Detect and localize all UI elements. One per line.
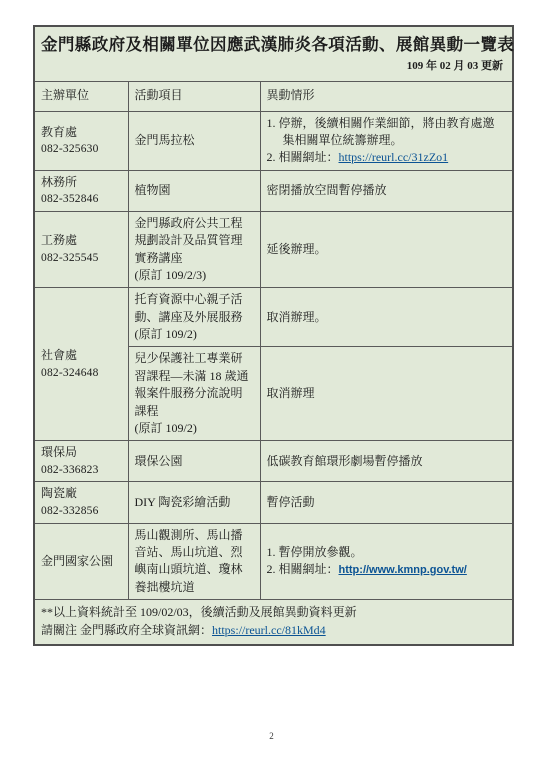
table-title-cell: 金門縣政府及相關單位因應武漢肺炎各項活動、展館異動一覽表 109 年 02 月 … (34, 26, 513, 81)
status-item: 2. 相關網址：https://reurl.cc/31zZo1 (267, 149, 507, 166)
org-cell: 林務所 082-352846 (34, 170, 128, 211)
page-title: 金門縣政府及相關單位因應武漢肺炎各項活動、展館異動一覽表 (41, 33, 506, 57)
header-organizer: 主辦單位 (34, 81, 128, 111)
kmnp-website-link[interactable]: http://www.kmnp.gov.tw/ (339, 564, 467, 576)
status-cell: 1. 停辦，後續相關作業細節，將由教育處邀集相關單位統籌辦理。 2. 相關網址：… (260, 111, 513, 170)
org-cell: 金門國家公園 (34, 523, 128, 600)
status-cell: 密閉播放空間暫停播放 (260, 170, 513, 211)
table-row: **以上資料統計至 109/02/03，後續活動及展館異動資料更新 請關注 金門… (34, 600, 513, 645)
status-item: 2. 相關網址：http://www.kmnp.gov.tw/ (267, 561, 507, 579)
footer-note-cell: **以上資料統計至 109/02/03，後續活動及展館異動資料更新 請關注 金門… (34, 600, 513, 645)
org-phone: 082-332856 (41, 503, 122, 520)
activity-cell: 馬山觀測所、馬山播音站、馬山坑道、烈嶼南山頭坑道、瓊林養拙樓坑道 (128, 523, 260, 600)
activity-cell: 金門馬拉松 (128, 111, 260, 170)
org-name: 環保局 (41, 444, 122, 461)
footer-link-prefix: 請關注 金門縣政府全球資訊網： (41, 623, 212, 637)
status-cell: 低碳教育館環形劇場暫停播放 (260, 441, 513, 482)
org-cell: 工務處 082-325545 (34, 211, 128, 288)
org-name: 金門國家公園 (41, 553, 122, 570)
status-cell: 延後辦理。 (260, 211, 513, 288)
status-cell: 取消辦理。 (260, 288, 513, 347)
org-cell: 教育處 082-325630 (34, 111, 128, 170)
org-phone: 082-336823 (41, 462, 122, 479)
header-activity: 活動項目 (128, 81, 260, 111)
org-name: 社會處 (41, 347, 122, 364)
activity-original-date: (原訂 109/2) (135, 326, 254, 343)
table-row: 工務處 082-325545 金門縣政府公共工程規劃設計及品質管理實務講座 (原… (34, 211, 513, 288)
org-phone: 082-324648 (41, 365, 122, 382)
activity-title: 金門縣政府公共工程規劃設計及品質管理實務講座 (135, 216, 243, 265)
status-item: 1. 停辦，後續相關作業細節，將由教育處邀集相關單位統籌辦理。 (267, 115, 507, 150)
activity-original-date: (原訂 109/2/3) (135, 267, 254, 284)
org-phone: 082-352846 (41, 191, 122, 208)
status-cell: 取消辦理 (260, 347, 513, 441)
org-name: 教育處 (41, 124, 122, 141)
activity-cell: 托育資源中心親子活動、講座及外展服務 (原訂 109/2) (128, 288, 260, 347)
status-link-prefix: 2. 相關網址： (267, 150, 339, 164)
footer-note-line2: 請關注 金門縣政府全球資訊網：https://reurl.cc/81kMd4 (41, 622, 506, 639)
activity-cell: 兒少保護社工專業研習課程—未滿 18 歲通報案件服務分流說明課程 (原訂 109… (128, 347, 260, 441)
org-phone: 082-325545 (41, 250, 122, 267)
status-cell: 暫停活動 (260, 482, 513, 523)
updated-date: 109 年 02 月 03 更新 (41, 57, 506, 75)
document-page: 金門縣政府及相關單位因應武漢肺炎各項活動、展館異動一覽表 109 年 02 月 … (0, 0, 543, 768)
table-row: 金門國家公園 馬山觀測所、馬山播音站、馬山坑道、烈嶼南山頭坑道、瓊林養拙樓坑道 … (34, 523, 513, 600)
org-cell: 社會處 082-324648 (34, 288, 128, 441)
org-phone: 082-325630 (41, 141, 122, 158)
table-row: 教育處 082-325630 金門馬拉松 1. 停辦，後續相關作業細節，將由教育… (34, 111, 513, 170)
activity-title: 托育資源中心親子活動、講座及外展服務 (135, 292, 243, 323)
org-cell: 環保局 082-336823 (34, 441, 128, 482)
org-cell: 陶瓷廠 082-332856 (34, 482, 128, 523)
activity-original-date: (原訂 109/2) (135, 420, 254, 437)
activity-changes-table: 金門縣政府及相關單位因應武漢肺炎各項活動、展館異動一覽表 109 年 02 月 … (33, 25, 514, 646)
org-name: 陶瓷廠 (41, 485, 122, 502)
activity-cell: DIY 陶瓷彩繪活動 (128, 482, 260, 523)
status-cell: 1. 暫停開放參觀。 2. 相關網址：http://www.kmnp.gov.t… (260, 523, 513, 600)
org-name: 工務處 (41, 232, 122, 249)
activity-cell: 金門縣政府公共工程規劃設計及品質管理實務講座 (原訂 109/2/3) (128, 211, 260, 288)
table-row: 林務所 082-352846 植物園 密閉播放空間暫停播放 (34, 170, 513, 211)
activity-title: 兒少保護社工專業研習課程—未滿 18 歲通報案件服務分流說明課程 (135, 351, 249, 417)
reurl-county-website-link[interactable]: https://reurl.cc/81kMd4 (212, 623, 326, 637)
table-row: 陶瓷廠 082-332856 DIY 陶瓷彩繪活動 暫停活動 (34, 482, 513, 523)
header-change-status: 異動情形 (260, 81, 513, 111)
page-number: 2 (0, 731, 543, 741)
status-item: 1. 暫停開放參觀。 (267, 544, 507, 561)
status-link-prefix: 2. 相關網址： (267, 562, 339, 576)
table-row: 社會處 082-324648 托育資源中心親子活動、講座及外展服務 (原訂 10… (34, 288, 513, 347)
table-row: 環保局 082-336823 環保公園 低碳教育館環形劇場暫停播放 (34, 441, 513, 482)
activity-cell: 植物園 (128, 170, 260, 211)
org-name: 林務所 (41, 174, 122, 191)
footer-note-line1: **以上資料統計至 109/02/03，後續活動及展館異動資料更新 (41, 604, 506, 621)
reurl-marathon-link[interactable]: https://reurl.cc/31zZo1 (339, 150, 449, 164)
activity-cell: 環保公園 (128, 441, 260, 482)
